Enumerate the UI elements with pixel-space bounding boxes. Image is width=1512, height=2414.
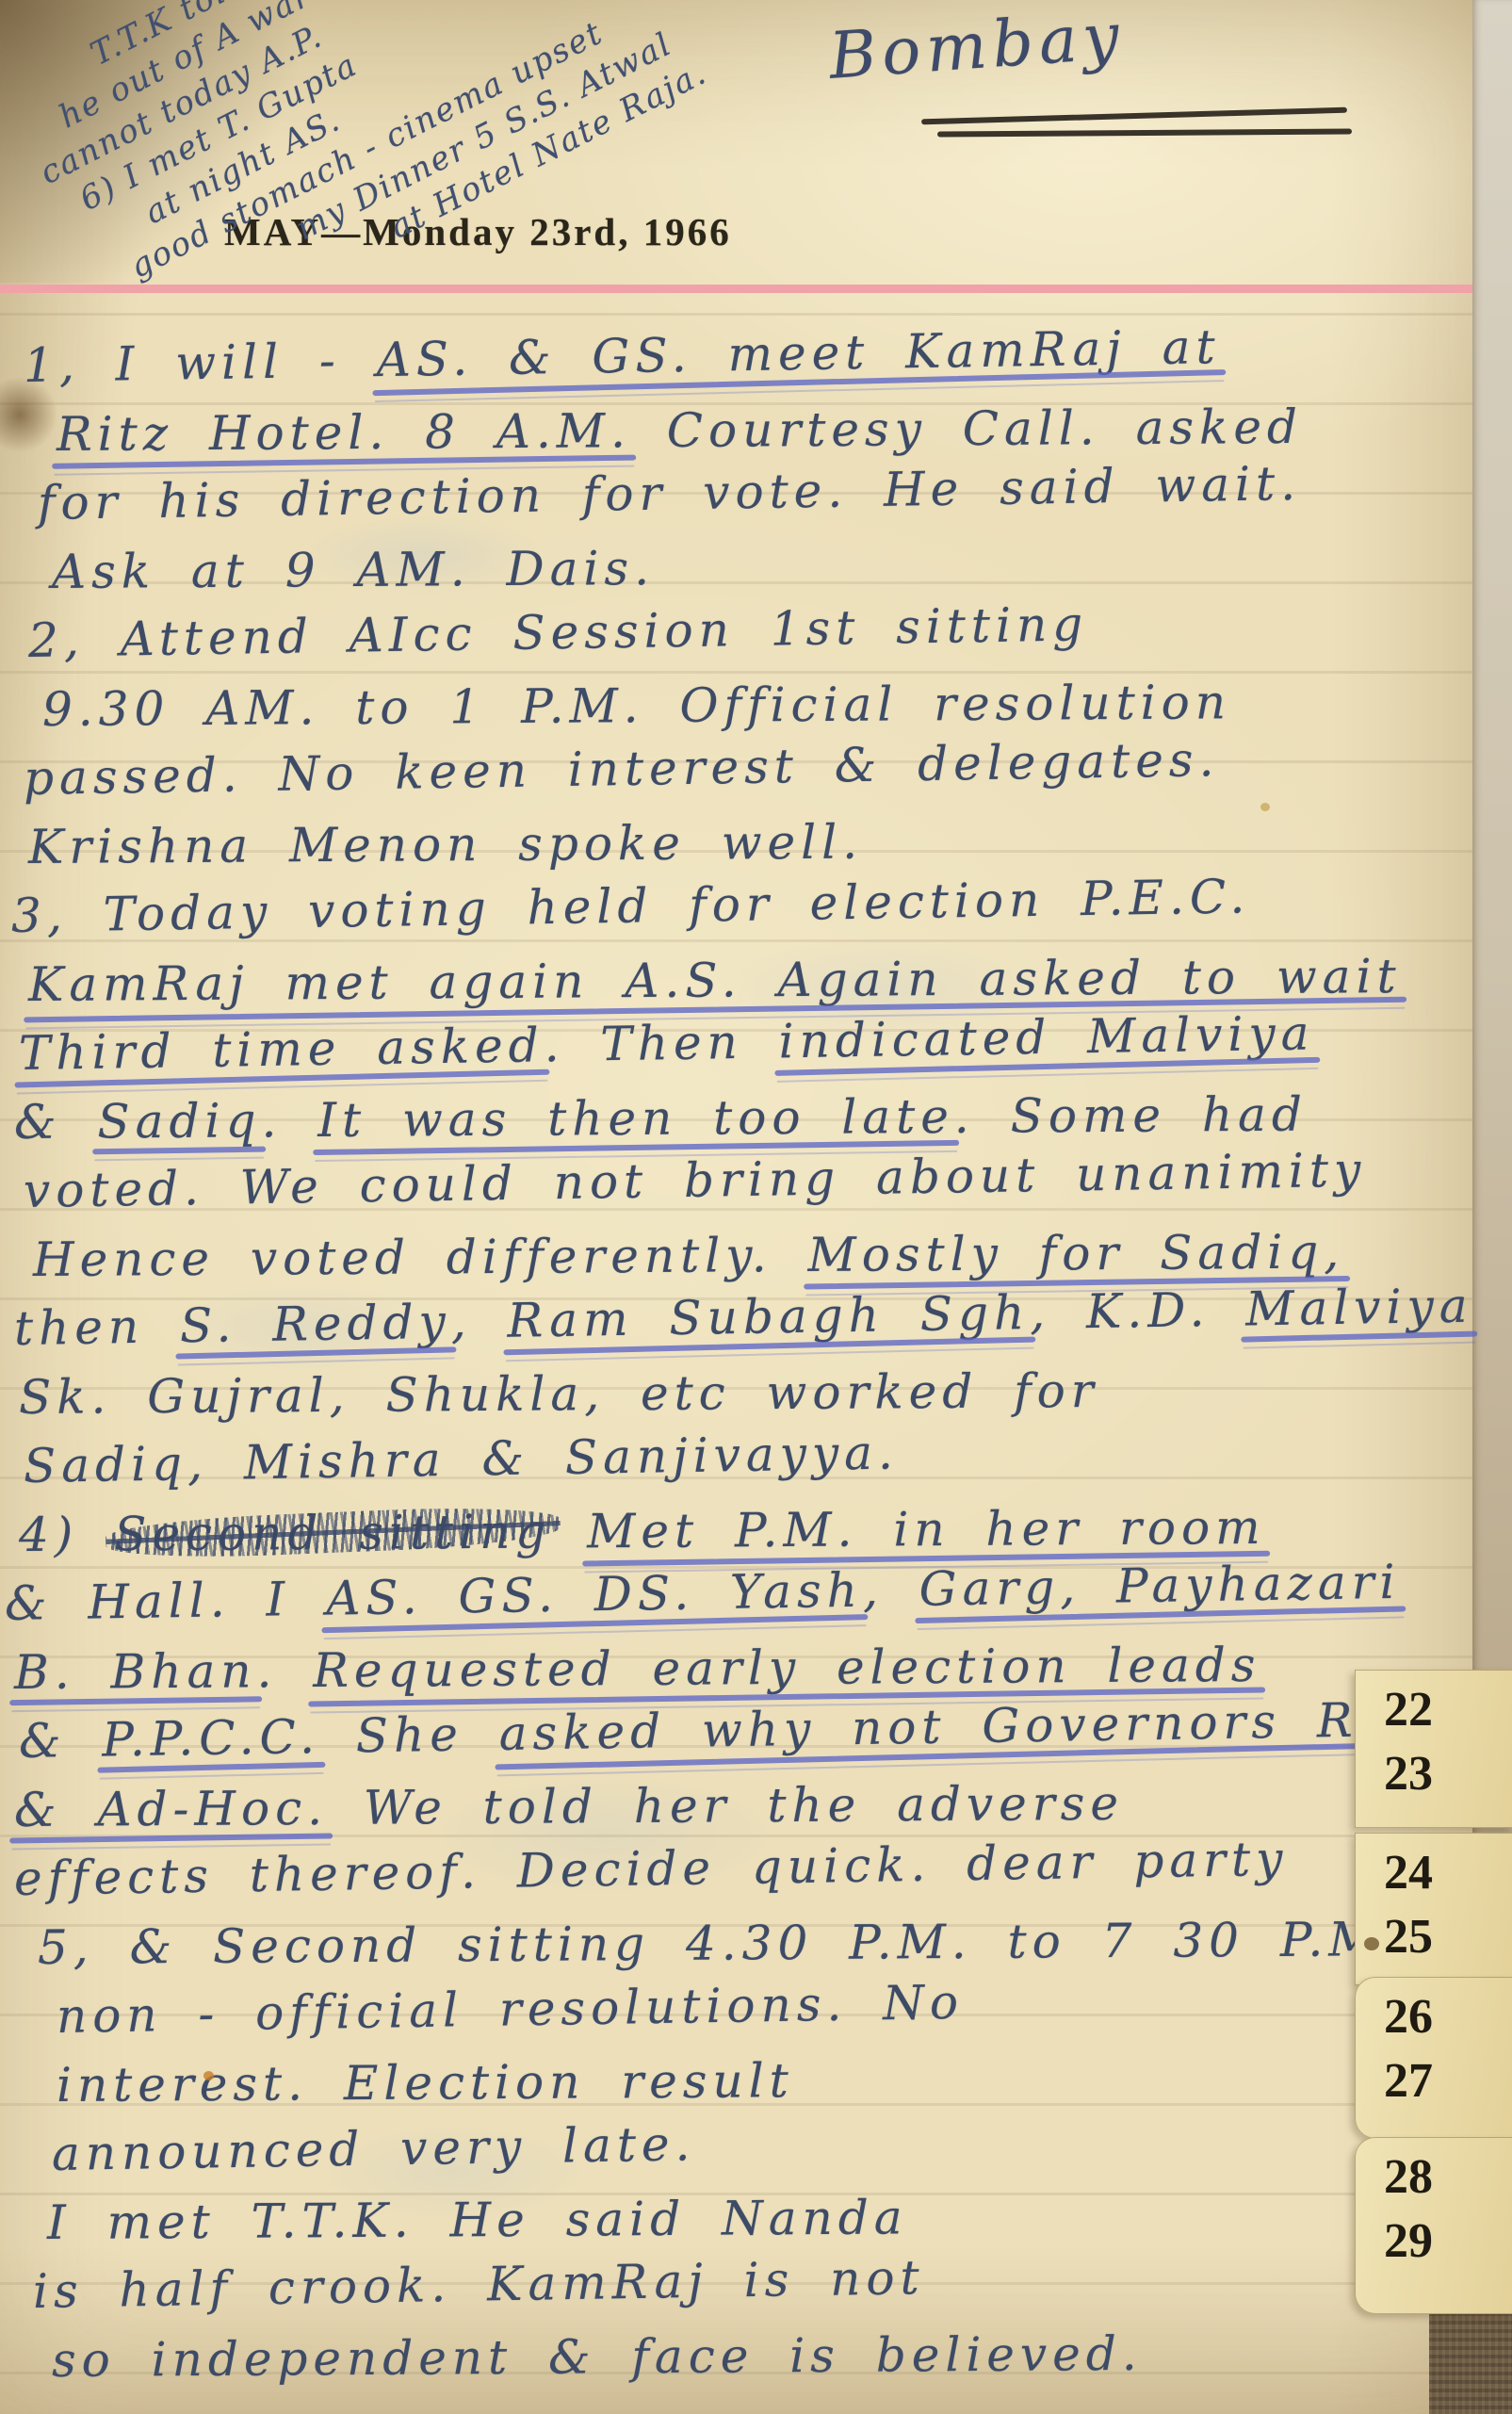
foxing-speck xyxy=(1364,1937,1379,1950)
date-tab-number[interactable]: 29 xyxy=(1356,2210,1512,2274)
date-tab-group[interactable]: 2425 xyxy=(1355,1833,1512,1985)
diary-page-scan: MAY—Monday 23rd, 1966 Bombay T.T.K toldh… xyxy=(0,0,1512,2414)
date-tab-number[interactable]: 26 xyxy=(1356,1985,1512,2049)
date-tab-number[interactable]: 22 xyxy=(1356,1678,1512,1742)
date-tab-number[interactable]: 28 xyxy=(1356,2145,1512,2210)
date-tab-group[interactable]: 2627 xyxy=(1355,1977,1512,2139)
date-tabs: 2223242526272829 xyxy=(0,0,1512,2414)
date-tab-number[interactable]: 23 xyxy=(1356,1742,1512,1806)
date-tab-group[interactable]: 2829 xyxy=(1355,2137,1512,2314)
foxing-speck xyxy=(203,2071,214,2080)
date-tab-number[interactable]: 27 xyxy=(1356,2049,1512,2113)
date-tab-group[interactable]: 2223 xyxy=(1355,1670,1512,1828)
date-tab-number[interactable]: 25 xyxy=(1356,1905,1512,1969)
foxing-speck xyxy=(1260,803,1270,811)
date-tab-number[interactable]: 24 xyxy=(1356,1841,1512,1905)
